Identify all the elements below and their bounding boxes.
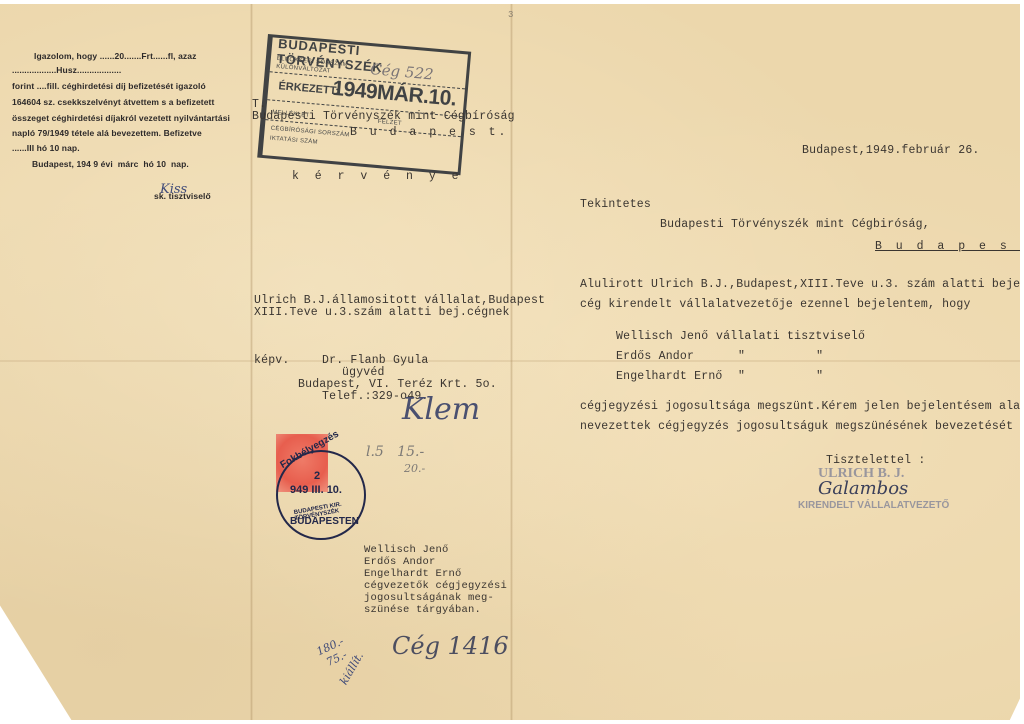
fee-cert-line-8: Budapest, 194 9 évi márc hó 10 nap. bbox=[32, 158, 189, 171]
letter-person-role-3: " " bbox=[738, 370, 823, 384]
letter-body-line-2: cég kirendelt vállalatvezetője ezennel b… bbox=[580, 298, 971, 312]
letter-person-name-3: Engelhardt Ernő bbox=[616, 370, 723, 384]
cover-subject-line-3: Engelhardt Ernő bbox=[364, 568, 462, 580]
letter-body-line-3: cégjegyzési jogosultsága megszünt.Kérem … bbox=[580, 400, 1024, 414]
fee-cert-line-5: összeget céghirdetési díjakról vezetett … bbox=[12, 112, 230, 125]
cover-representative-label: képv. bbox=[254, 354, 290, 368]
letter-addressee: Budapesti Törvényszék mint Cégbiróság, bbox=[660, 218, 930, 232]
cover-subject-line-5: jogosultságának meg- bbox=[364, 592, 494, 604]
court-stamp-row-7: IKTATÁSI SZÁM bbox=[270, 136, 318, 146]
page-number: 3 bbox=[508, 8, 514, 22]
cover-petitioner-line-2: XIII.Teve u.3.szám alatti bej.cégnek bbox=[254, 306, 510, 320]
fee-cert-line-7: ......III hó 10 nap. bbox=[12, 142, 80, 155]
fee-cert-signer-title: sk. tisztviselő bbox=[154, 190, 211, 203]
cover-subject-line-4: cégvezetők cégjegyzési bbox=[364, 580, 507, 592]
cover-bottom-reference: Cég 1416 bbox=[392, 632, 509, 660]
cover-heading: k é r v é n y e bbox=[292, 170, 463, 184]
letter-salutation: Tekintetes bbox=[580, 198, 651, 212]
postmark-ring-bottom: BUDAPESTEN bbox=[290, 516, 359, 527]
company-stamp-title: KIRENDELT VÁLLALATVEZETŐ bbox=[798, 500, 949, 511]
fee-cert-line-6: napló 79/1949 tétele alá bevezettem. Bef… bbox=[12, 127, 202, 140]
letter-addressee-city: B u d a p e s t . bbox=[875, 240, 1024, 254]
document-sheet: Igazolom, hogy ......20.......Frt......f… bbox=[0, 4, 1020, 720]
letter-person-role-1: vállalati tisztviselő bbox=[716, 330, 865, 344]
cover-subject-line-2: Erdős Andor bbox=[364, 556, 436, 568]
letter-date: Budapest,1949.február 26. bbox=[802, 144, 980, 158]
cover-pencil-note-1: l.5 15.- bbox=[366, 444, 424, 460]
cover-addressee-city: B u d a p e s t. bbox=[350, 126, 508, 140]
postmark-number: 2 bbox=[314, 470, 320, 482]
fold-line-horizontal bbox=[0, 360, 1020, 362]
cover-subject-line-6: szünése tárgyában. bbox=[364, 604, 481, 616]
letter-body-line-4: nevezettek cégjegyzés jogosultságuk megs… bbox=[580, 420, 1024, 434]
fee-postmark: Fokbélyegzés 2 949 III. 10. BUDAPESTI KI… bbox=[276, 450, 366, 540]
cover-lawyer-signature: Klem bbox=[402, 392, 480, 427]
letter-body-line-1: Alulirott Ulrich B.J.,Budapest,XIII.Teve… bbox=[580, 278, 1024, 292]
cover-subject-line-1: Wellisch Jenő bbox=[364, 544, 449, 556]
letter-person-name-1: Wellisch Jenő bbox=[616, 330, 708, 344]
fee-cert-line-2: ..................Husz.................. bbox=[12, 64, 121, 77]
court-receipt-stamp: BUDAPESTI TÖRVÉNYSZÉK ELNÖKSÉGI SORSZÁM … bbox=[257, 34, 471, 175]
fee-cert-line-4: 164604 sz. csekkszelvényt átvettem s a b… bbox=[12, 96, 214, 109]
fee-cert-line-1: Igazolom, hogy ......20.......Frt......f… bbox=[34, 50, 196, 63]
fee-cert-line-3: forint ....fill. céghirdetési díj befize… bbox=[12, 80, 206, 93]
letter-signature: Galambos bbox=[818, 478, 908, 499]
cover-addressee: Budapesti Törvényszék mint Cégbíróság bbox=[252, 110, 515, 124]
letter-person-role-2: " " bbox=[738, 350, 823, 364]
letter-person-name-2: Erdős Andor bbox=[616, 350, 694, 364]
cover-pencil-note-2: 20.- bbox=[404, 462, 425, 475]
court-stamp-received-label: ÉRKEZETT: bbox=[278, 80, 339, 97]
postmark-date: 949 III. 10. bbox=[290, 484, 342, 496]
